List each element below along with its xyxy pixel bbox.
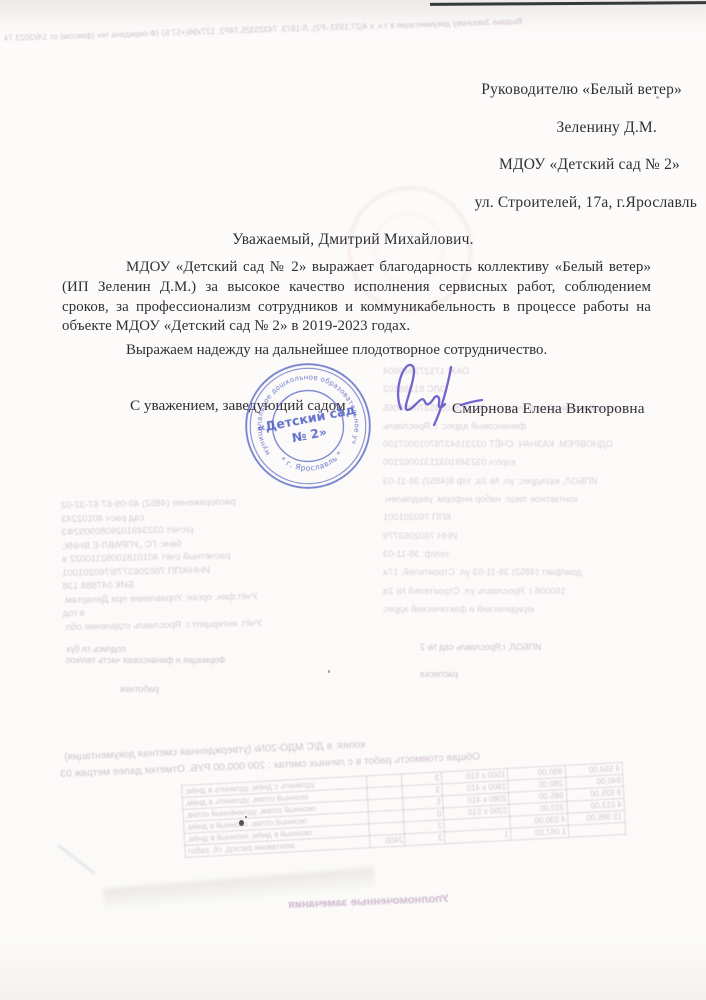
- bleedthrough-line: юридический и фактический адрес: [383, 600, 622, 618]
- bleed-table-cell: 2400: [370, 834, 406, 848]
- bleed-table-cell: 1: [445, 828, 512, 843]
- bleed-table-cell: [568, 822, 626, 837]
- bleedthrough-line: расписка: [420, 669, 458, 679]
- stamp-center-text: «Детский сад № 2»: [256, 402, 360, 452]
- scan-streak: [57, 844, 94, 874]
- bleed-table: удлинить с днём, удлинить в днём,31500 х…: [181, 762, 626, 858]
- bleedthrough-line: работник: [120, 684, 159, 694]
- recipient-line: ул. Строителей, 17а, г.Ярославль: [475, 184, 697, 222]
- recipient-line: Руководителю «Белый ветер»: [475, 71, 682, 109]
- bleedthrough-line: Формация и финансовая часть тел/коп: [66, 655, 225, 665]
- stamp-city-text: * г. Ярославль *: [278, 449, 346, 476]
- bleedthrough-line: дом/факт (4852) 38-11-03 ул. Строителей,…: [383, 563, 622, 581]
- bleed-table-cell: 1 067,00: [511, 825, 569, 840]
- bleedthrough-line: Учёт. интерцепт г. Ярославль отделение о…: [63, 616, 262, 634]
- salutation: Уважаемый, Дмитрий Михайлович.: [0, 231, 706, 249]
- bleedthrough-left-block: распоряжение (4852) 40-09-67 67-32-02сад…: [61, 495, 263, 634]
- recipient-line: МДОУ «Детский сад № 2»: [475, 146, 680, 184]
- bleedthrough-line: ОДНОВРЕМ. КАЗНАЧ. СЧЁТ 03231643787010007…: [383, 435, 622, 453]
- handwritten-signature: [385, 353, 503, 431]
- paper-speck: [328, 670, 330, 673]
- bleed-table-cell: 3: [405, 832, 445, 846]
- bleedthrough-line: КПП 760201001: [383, 508, 622, 526]
- signature-strokes: [398, 365, 482, 425]
- bleedthrough-line: тел/ф: 38-11-03: [383, 545, 622, 563]
- bleedthrough-line: ИПБОЛ, юр/адрес: ул. № 2а, т/ф 8(4852) 3…: [383, 472, 622, 490]
- recipient-address-block: Руководителю «Белый ветер»Зеленину Д.М.М…: [475, 71, 697, 221]
- bleedthrough-line: подпись гл.бух: [66, 644, 126, 654]
- bleedthrough-line: кор/сч 03234910321310002100: [383, 453, 622, 471]
- recipient-line: Зеленину Д.М.: [475, 109, 657, 147]
- bleedthrough-line: ИПБОЛ, г.Ярославль сад № 2: [420, 642, 541, 652]
- bleedthrough-line: 160006 г. Ярославль ул. Строителей № 2а: [383, 582, 622, 600]
- official-stamp: муниципальное дошкольное образовательное…: [224, 342, 391, 509]
- bleedthrough-line: Уполномоченные замечания: [288, 893, 449, 911]
- bleedthrough-table: удлинить с днём, удлинить в днём,31500 х…: [181, 762, 626, 858]
- bleedthrough-line: контактное лицо: набор информ. уведомлен…: [383, 490, 622, 508]
- scanned-letter-page: распоряжение (4852) 40-09-67 67-32-02сад…: [0, 0, 706, 1000]
- bleedthrough-line: ИНН 7602063779: [383, 527, 622, 545]
- body-paragraph: МДОУ «Детский сад № 2» выражает благодар…: [62, 258, 651, 337]
